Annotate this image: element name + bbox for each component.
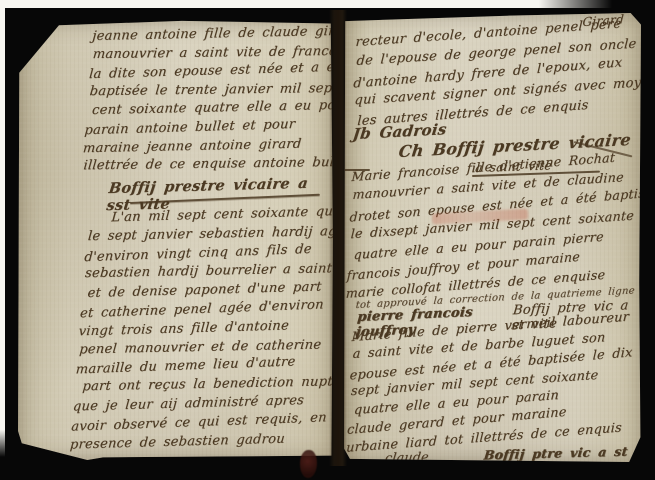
manuscript-page-left: Marie francoise fille d'etienne Rochatma…: [18, 20, 333, 460]
baptism-record-vermeil: Marie fille de pierre vermeil laboureura…: [346, 308, 636, 458]
godfather-signature: claude girard: [383, 448, 467, 480]
scanner-edge-left: [0, 0, 5, 457]
manuscript-page-right: L'an mil sept cent soixante quatrele sep…: [344, 13, 641, 462]
baptism-record-rochat: Marie francoise fille d'etienne Rochatma…: [345, 146, 635, 304]
manuscript-scan: Marie francoise fille d'etienne Rochatma…: [0, 0, 655, 480]
wax-seal-residue: [300, 450, 317, 478]
manuscript-line: baptisée le trente janvier mil sept: [89, 80, 326, 102]
priest-signature: Boffij ptre vic a st vite: [481, 443, 641, 477]
marriage-record-continuation: recteur d'ecole, d'antoine penel perede …: [351, 14, 632, 133]
signature-underline-flourish: [549, 462, 637, 467]
scanner-edge-top: [0, 0, 612, 8]
book-gutter: [329, 10, 347, 466]
marriage-record-hardy-penel: L'an mil sept cent soixante quatrele sep…: [69, 203, 330, 455]
signature-row: claude girard Boffij ptre vic a st vite: [383, 443, 641, 480]
manuscript-line: illettrée de ce enquise antoine bullet: [82, 154, 319, 176]
baptism-record-girard: jeanne antoine fille de claude girardman…: [80, 23, 328, 177]
